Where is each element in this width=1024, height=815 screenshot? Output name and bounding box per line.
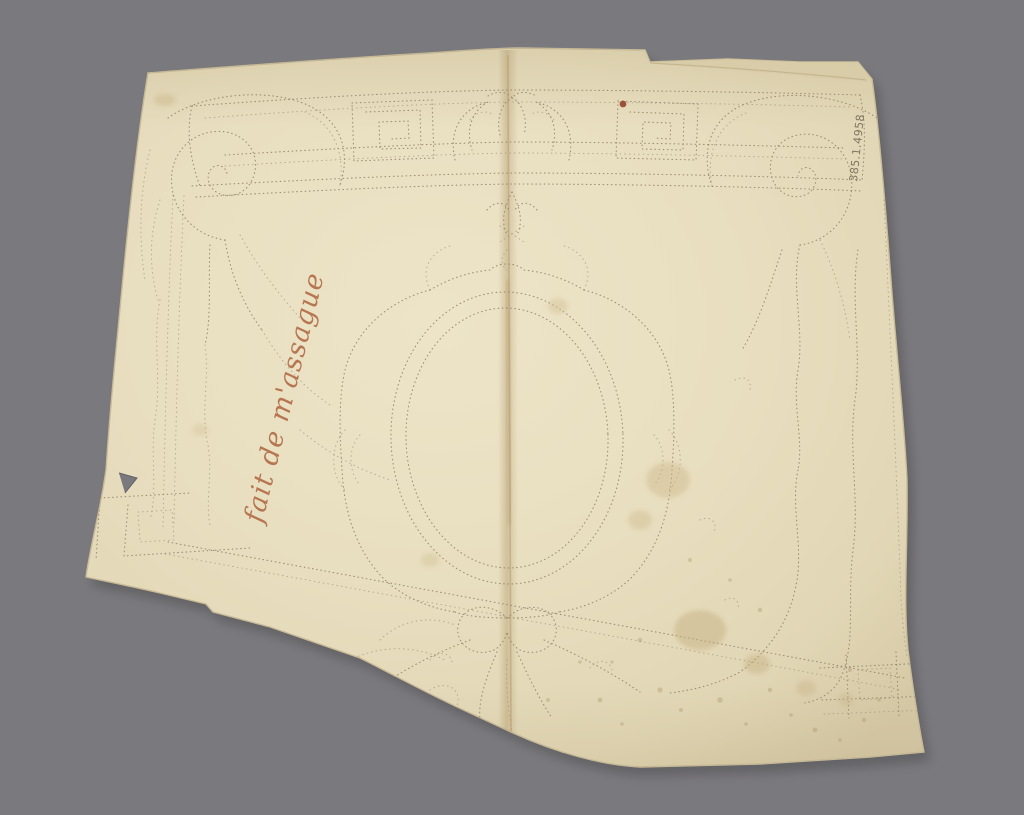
- photo-stage: fait de m'assague 385.1.4958: [0, 0, 1024, 815]
- red-ink-spot: [620, 101, 627, 108]
- fold-crease: [498, 50, 518, 745]
- artifact-photograph: fait de m'assague 385.1.4958: [0, 0, 1024, 815]
